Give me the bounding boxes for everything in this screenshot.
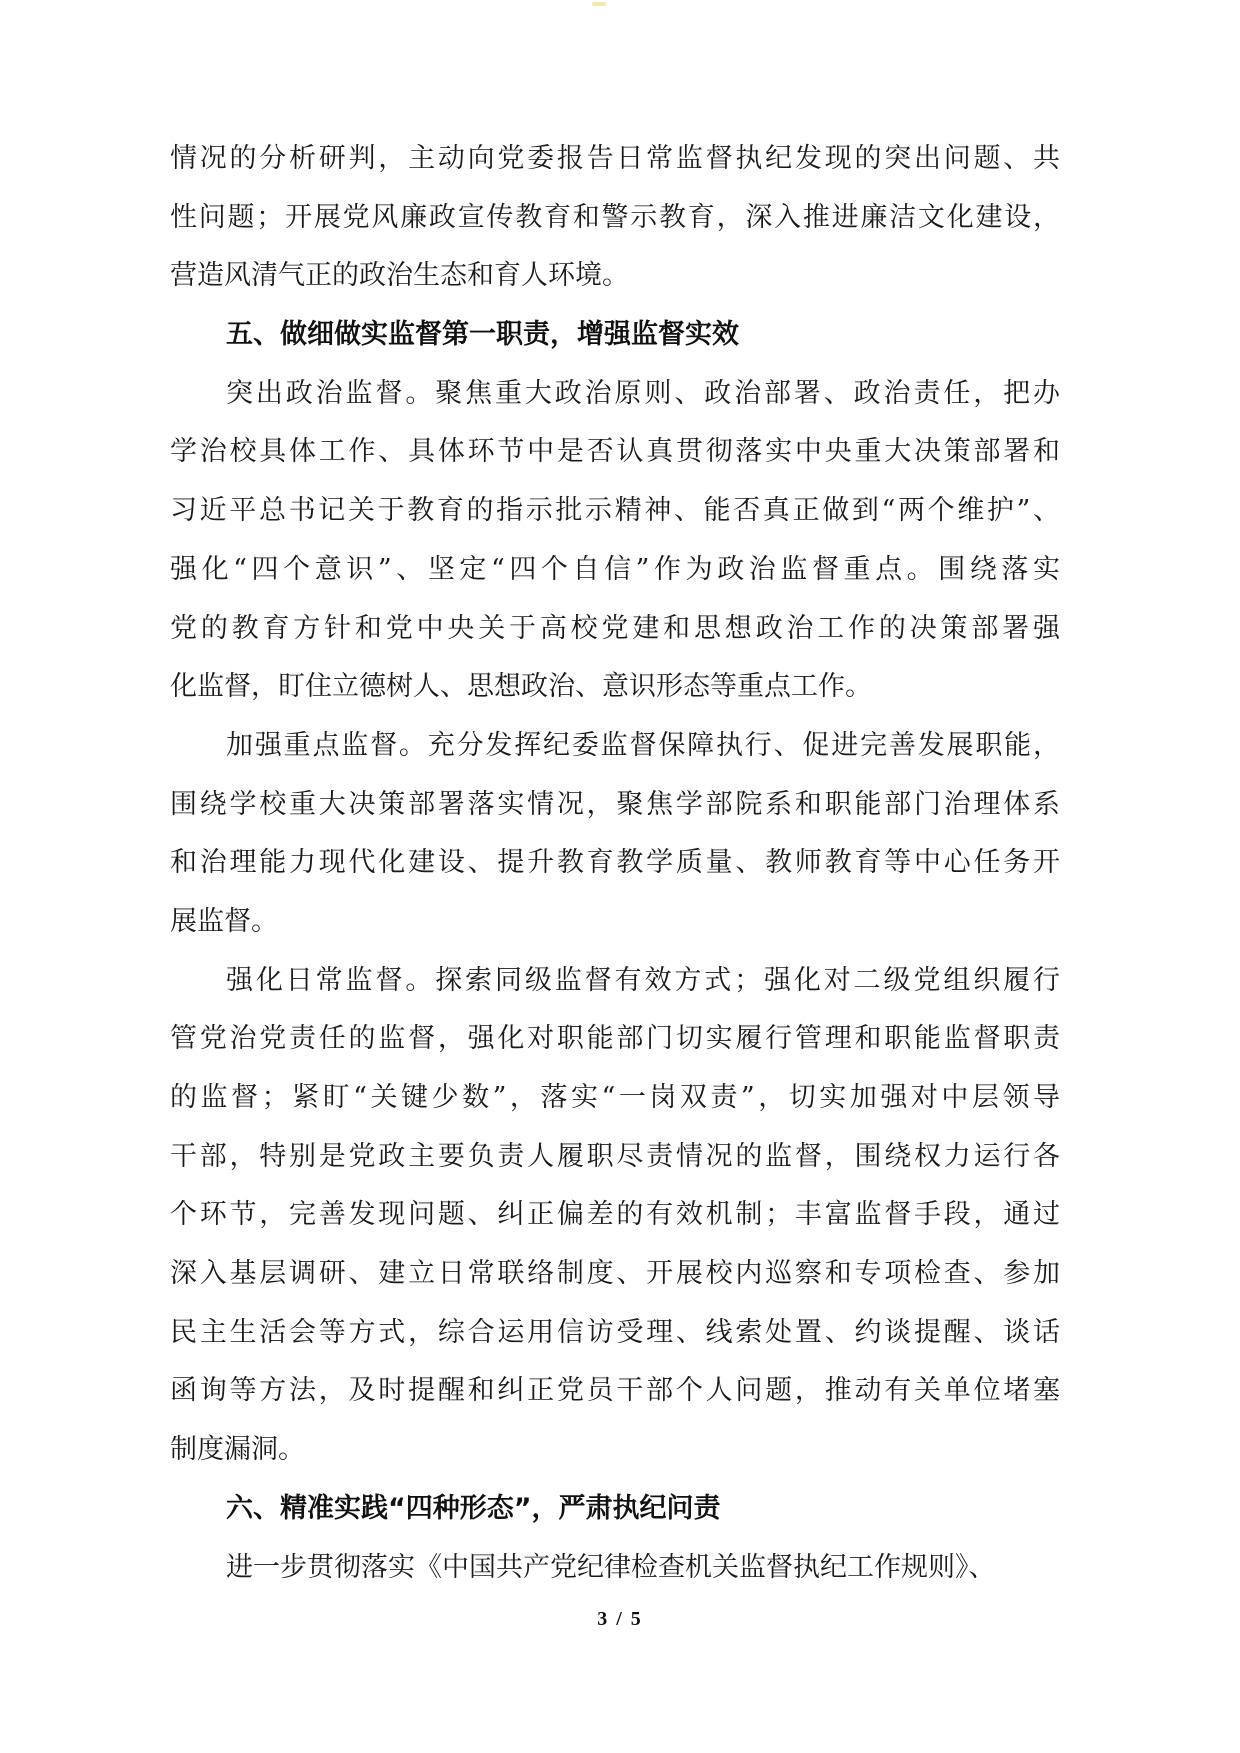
paragraph-line: 和治理能力现代化建设、提升教育教学质量、教师教育等中心任务开 [170, 834, 1060, 893]
paragraph-line: 化监督，盯住立德树人、思想政治、意识形态等重点工作。 [170, 658, 1060, 717]
paragraph-line: 强化“四个意识”、坚定“四个自信”作为政治监督重点。围绕落实 [170, 541, 1060, 600]
paragraph-line: 习近平总书记关于教育的指示批示精神、能否真正做到“两个维护”、 [170, 482, 1060, 541]
paragraph-line: 加强重点监督。充分发挥纪委监督保障执行、促进完善发展职能， [170, 717, 1060, 776]
page-number: 3 / 5 [0, 1608, 1240, 1631]
paragraph-line: 制度漏洞。 [170, 1421, 1060, 1480]
paragraph-line: 管党治党责任的监督，强化对职能部门切实履行管理和职能监督职责 [170, 1010, 1060, 1069]
paragraph-line: 干部，特别是党政主要负责人履职尽责情况的监督，围绕权力运行各 [170, 1128, 1060, 1187]
paragraph-line: 深入基层调研、建立日常联络制度、开展校内巡察和专项检查、参加 [170, 1245, 1060, 1304]
paragraph-line: 学治校具体工作、具体环节中是否认真贯彻落实中央重大决策部署和 [170, 423, 1060, 482]
document-body: 情况的分析研判，主动向党委报告日常监督执纪发现的突出问题、共 性问题；开展党风廉… [170, 130, 1060, 1597]
paragraph-line: 情况的分析研判，主动向党委报告日常监督执纪发现的突出问题、共 [170, 130, 1060, 189]
paragraph-line: 围绕学校重大决策部署落实情况，聚焦学部院系和职能部门治理体系 [170, 776, 1060, 835]
paragraph-line: 营造风清气正的政治生态和育人环境。 [170, 247, 1060, 306]
paragraph-line: 性问题；开展党风廉政宣传教育和警示教育，深入推进廉洁文化建设， [170, 189, 1060, 248]
section-heading-5: 五、做细做实监督第一职责，增强监督实效 [170, 306, 1060, 365]
paragraph-line: 民主生活会等方式，综合运用信访受理、线索处置、约谈提醒、谈话 [170, 1304, 1060, 1363]
scan-artifact-mark [592, 2, 606, 6]
paragraph-line: 个环节，完善发现问题、纠正偏差的有效机制；丰富监督手段，通过 [170, 1186, 1060, 1245]
paragraph-line: 突出政治监督。聚焦重大政治原则、政治部署、政治责任，把办 [170, 365, 1060, 424]
paragraph-line: 强化日常监督。探索同级监督有效方式；强化对二级党组织履行 [170, 952, 1060, 1011]
paragraph-line: 函询等方法，及时提醒和纠正党员干部个人问题，推动有关单位堵塞 [170, 1362, 1060, 1421]
paragraph-line: 展监督。 [170, 893, 1060, 952]
paragraph-line: 进一步贯彻落实《中国共产党纪律检查机关监督执纪工作规则》、 [170, 1539, 1060, 1598]
paragraph-line: 党的教育方针和党中央关于高校党建和思想政治工作的决策部署强 [170, 600, 1060, 659]
paragraph-line: 的监督；紧盯“关键少数”，落实“一岗双责”，切实加强对中层领导 [170, 1069, 1060, 1128]
document-page: 情况的分析研判，主动向党委报告日常监督执纪发现的突出问题、共 性问题；开展党风廉… [0, 0, 1240, 1753]
section-heading-6: 六、精准实践“四种形态”，严肃执纪问责 [170, 1480, 1060, 1539]
